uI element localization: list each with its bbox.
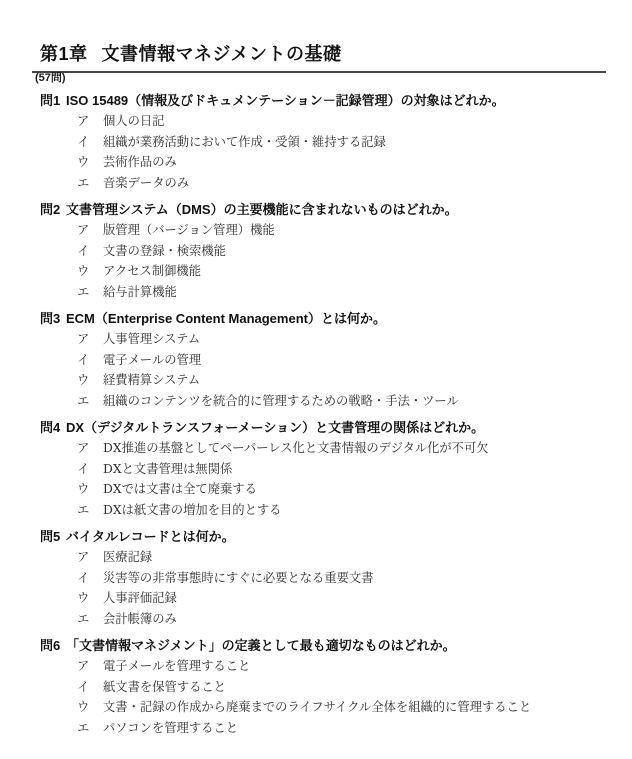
option-letter: イ	[77, 677, 103, 698]
option-text: 芸術作品のみ	[103, 152, 606, 173]
option-text: 人事管理システム	[103, 329, 606, 350]
option-row: ア 個人の日記	[77, 111, 606, 132]
option-text: DXは紙文書の増加を目的とする	[103, 500, 606, 521]
option-text: 紙文書を保管すること	[103, 677, 606, 698]
option-letter: ウ	[77, 697, 103, 718]
option-letter: エ	[77, 718, 103, 739]
option-text: 電子メールの管理	[103, 350, 606, 371]
question-number: 問1	[40, 93, 66, 109]
option-letter: エ	[77, 282, 103, 303]
question-number: 問3	[40, 311, 66, 327]
option-row: ウ 人事評価記録	[77, 588, 606, 609]
option-text: 医療記録	[103, 547, 606, 568]
option-row: エ パソコンを管理すること	[77, 718, 606, 739]
option-row: ア 人事管理システム	[77, 329, 606, 350]
option-letter: ア	[77, 656, 103, 677]
question-text: DX（デジタルトランスフォーメーション）と文書管理の関係はどれか。	[66, 420, 606, 436]
exam-page: 第1章文書情報マネジメントの基礎 (57問) 問1 ISO 15489（情報及び…	[0, 0, 632, 759]
option-row: イ 文書の登録・検索機能	[77, 241, 606, 262]
question-text: 「文書情報マネジメント」の定義として最も適切なものはどれか。	[66, 638, 606, 654]
option-row: ウ 芸術作品のみ	[77, 152, 606, 173]
option-list: ア 電子メールを管理すること イ 紙文書を保管すること ウ 文書・記録の作成から…	[40, 656, 606, 738]
question-heading: 問5 バイタルレコードとは何か。	[40, 529, 606, 545]
question-block-2: 問2 文書管理システム（DMS）の主要機能に含まれないものはどれか。 ア 版管理…	[40, 202, 606, 302]
option-row: エ 給与計算機能	[77, 282, 606, 303]
option-letter: イ	[77, 241, 103, 262]
option-letter: エ	[77, 500, 103, 521]
option-letter: エ	[77, 173, 103, 194]
option-letter: ア	[77, 547, 103, 568]
option-text: 文書の登録・検索機能	[103, 241, 606, 262]
chapter-number: 第1章	[40, 44, 88, 64]
question-text: ISO 15489（情報及びドキュメンテーション－記録管理）の対象はどれか。	[66, 93, 606, 109]
question-heading: 問1 ISO 15489（情報及びドキュメンテーション－記録管理）の対象はどれか…	[40, 93, 606, 109]
question-text: 文書管理システム（DMS）の主要機能に含まれないものはどれか。	[66, 202, 606, 218]
option-letter: ア	[77, 329, 103, 350]
option-text: DX推進の基盤としてペーパーレス化と文書情報のデジタル化が不可欠	[103, 438, 606, 459]
option-row: エ 音楽データのみ	[77, 173, 606, 194]
question-block-4: 問4 DX（デジタルトランスフォーメーション）と文書管理の関係はどれか。 ア D…	[40, 420, 606, 520]
option-row: ア DX推進の基盤としてペーパーレス化と文書情報のデジタル化が不可欠	[77, 438, 606, 459]
option-letter: ウ	[77, 370, 103, 391]
question-number: 問4	[40, 420, 66, 436]
option-letter: ウ	[77, 479, 103, 500]
question-heading: 問4 DX（デジタルトランスフォーメーション）と文書管理の関係はどれか。	[40, 420, 606, 436]
question-text: バイタルレコードとは何か。	[66, 529, 606, 545]
question-block-1: 問1 ISO 15489（情報及びドキュメンテーション－記録管理）の対象はどれか…	[40, 93, 606, 193]
option-text: 組織のコンテンツを統合的に管理するための戦略・手法・ツール	[103, 391, 606, 412]
question-count-badge: (57問)	[35, 71, 66, 85]
option-letter: イ	[77, 132, 103, 153]
option-letter: エ	[77, 391, 103, 412]
option-row: エ 組織のコンテンツを統合的に管理するための戦略・手法・ツール	[77, 391, 606, 412]
option-row: ウ アクセス制御機能	[77, 261, 606, 282]
option-text: 災害等の非常事態時にすぐに必要となる重要文書	[103, 568, 606, 589]
option-row: ア 医療記録	[77, 547, 606, 568]
question-heading: 問6 「文書情報マネジメント」の定義として最も適切なものはどれか。	[40, 638, 606, 654]
option-text: 経費精算システム	[103, 370, 606, 391]
question-number: 問2	[40, 202, 66, 218]
option-row: イ DXと文書管理は無関係	[77, 459, 606, 480]
chapter-title: 第1章文書情報マネジメントの基礎	[40, 44, 606, 64]
option-text: 人事評価記録	[103, 588, 606, 609]
option-letter: ウ	[77, 152, 103, 173]
option-letter: イ	[77, 459, 103, 480]
option-row: ウ 経費精算システム	[77, 370, 606, 391]
option-row: ア 版管理（バージョン管理）機能	[77, 220, 606, 241]
option-text: 文書・記録の作成から廃棄までのライフサイクル全体を組織的に管理すること	[103, 697, 606, 718]
option-letter: ア	[77, 111, 103, 132]
option-text: 電子メールを管理すること	[103, 656, 606, 677]
chapter-name: 文書情報マネジメントの基礎	[102, 44, 342, 64]
option-text: 会計帳簿のみ	[103, 609, 606, 630]
option-text: 組織が業務活動において作成・受領・維持する記録	[103, 132, 606, 153]
option-text: 給与計算機能	[103, 282, 606, 303]
option-row: イ 災害等の非常事態時にすぐに必要となる重要文書	[77, 568, 606, 589]
question-number: 問6	[40, 638, 66, 654]
question-block-6: 問6 「文書情報マネジメント」の定義として最も適切なものはどれか。 ア 電子メー…	[40, 638, 606, 738]
option-row: イ 電子メールの管理	[77, 350, 606, 371]
option-letter: ア	[77, 438, 103, 459]
option-list: ア DX推進の基盤としてペーパーレス化と文書情報のデジタル化が不可欠 イ DXと…	[40, 438, 606, 520]
option-letter: イ	[77, 568, 103, 589]
option-row: ウ 文書・記録の作成から廃棄までのライフサイクル全体を組織的に管理すること	[77, 697, 606, 718]
option-text: アクセス制御機能	[103, 261, 606, 282]
option-text: 音楽データのみ	[103, 173, 606, 194]
header-rule: (57問)	[40, 68, 606, 84]
question-block-5: 問5 バイタルレコードとは何か。 ア 医療記録 イ 災害等の非常事態時にすぐに必…	[40, 529, 606, 629]
option-row: エ DXは紙文書の増加を目的とする	[77, 500, 606, 521]
option-row: ウ DXでは文書は全て廃棄する	[77, 479, 606, 500]
option-row: イ 紙文書を保管すること	[77, 677, 606, 698]
option-text: パソコンを管理すること	[103, 718, 606, 739]
option-list: ア 医療記録 イ 災害等の非常事態時にすぐに必要となる重要文書 ウ 人事評価記録…	[40, 547, 606, 629]
question-number: 問5	[40, 529, 66, 545]
option-row: エ 会計帳簿のみ	[77, 609, 606, 630]
horizontal-divider	[32, 71, 606, 73]
question-list: 問1 ISO 15489（情報及びドキュメンテーション－記録管理）の対象はどれか…	[40, 93, 606, 738]
option-row: ア 電子メールを管理すること	[77, 656, 606, 677]
question-block-3: 問3 ECM（Enterprise Content Management）とは何…	[40, 311, 606, 411]
option-list: ア 版管理（バージョン管理）機能 イ 文書の登録・検索機能 ウ アクセス制御機能…	[40, 220, 606, 302]
question-heading: 問3 ECM（Enterprise Content Management）とは何…	[40, 311, 606, 327]
option-letter: イ	[77, 350, 103, 371]
option-letter: ア	[77, 220, 103, 241]
option-letter: エ	[77, 609, 103, 630]
option-letter: ウ	[77, 588, 103, 609]
option-text: DXでは文書は全て廃棄する	[103, 479, 606, 500]
question-text: ECM（Enterprise Content Management）とは何か。	[66, 311, 606, 327]
option-text: 版管理（バージョン管理）機能	[103, 220, 606, 241]
chapter-header: 第1章文書情報マネジメントの基礎 (57問)	[40, 44, 606, 84]
option-list: ア 人事管理システム イ 電子メールの管理 ウ 経費精算システム エ 組織のコン…	[40, 329, 606, 411]
option-row: イ 組織が業務活動において作成・受領・維持する記録	[77, 132, 606, 153]
option-text: DXと文書管理は無関係	[103, 459, 606, 480]
question-heading: 問2 文書管理システム（DMS）の主要機能に含まれないものはどれか。	[40, 202, 606, 218]
option-letter: ウ	[77, 261, 103, 282]
option-text: 個人の日記	[103, 111, 606, 132]
option-list: ア 個人の日記 イ 組織が業務活動において作成・受領・維持する記録 ウ 芸術作品…	[40, 111, 606, 193]
